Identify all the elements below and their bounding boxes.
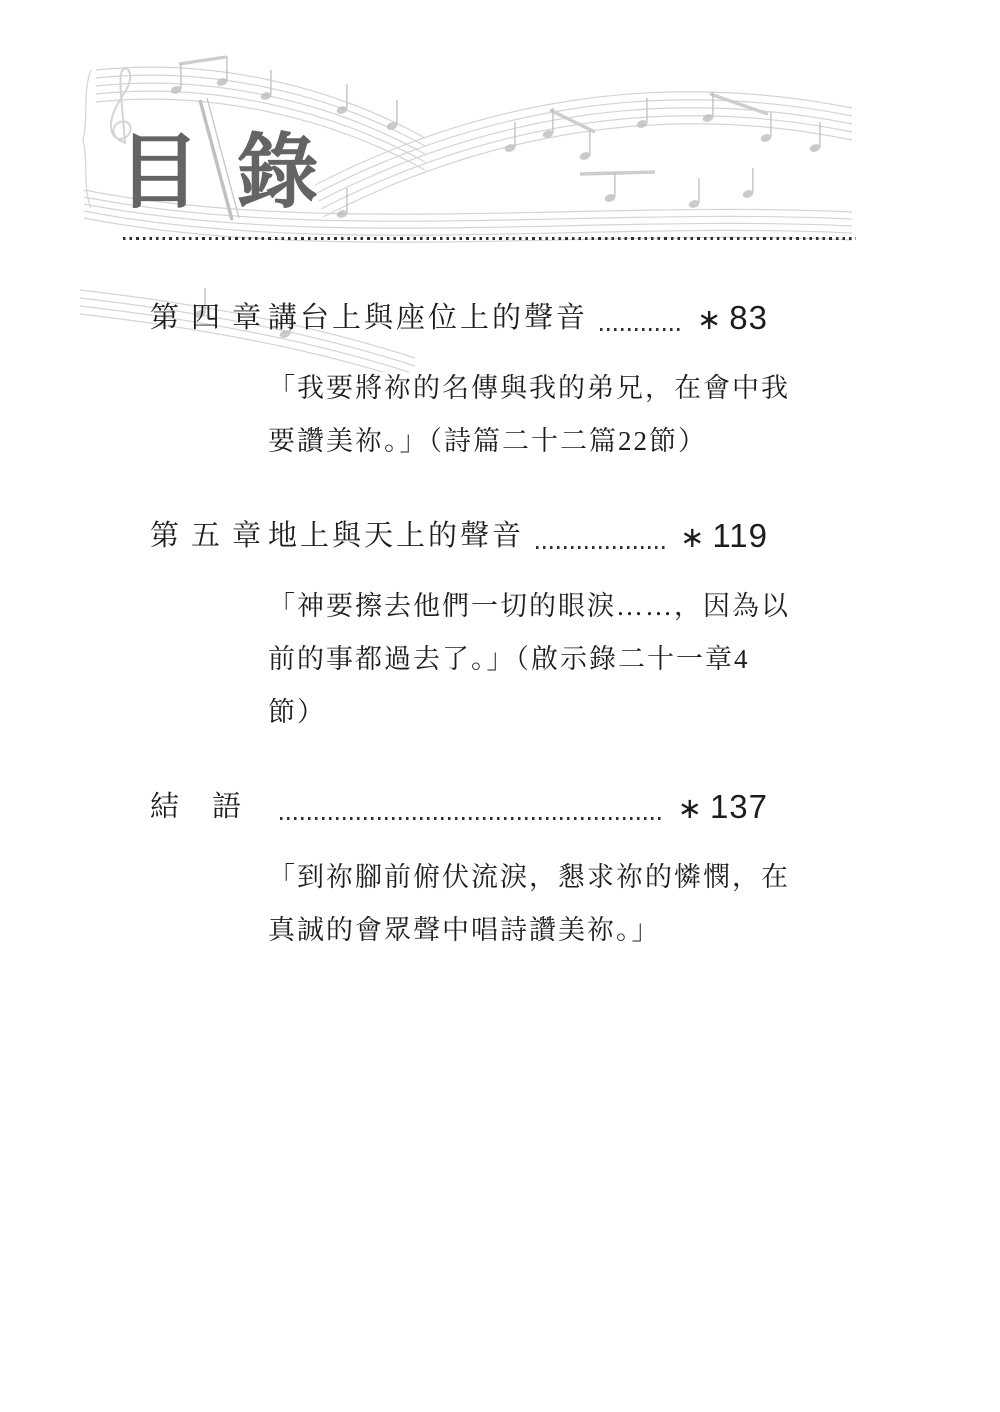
toc-row: 第 四 章 講台上與座位上的聲音 ∗83 bbox=[150, 298, 768, 340]
asterisk-marker: ∗ bbox=[697, 304, 722, 336]
page-number: ∗137 bbox=[678, 787, 768, 829]
chapter-label: 第 五 章 bbox=[150, 516, 268, 558]
chapter-label: 結 語 bbox=[150, 787, 268, 829]
chapter-quote: 「我要將祢的名傳與我的弟兄，在會中我 要讚美祢。」（詩篇二十二篇22節） bbox=[268, 362, 768, 468]
toc-row: 結 語 ∗137 bbox=[150, 787, 768, 829]
dot-leader bbox=[600, 328, 683, 331]
chapter-title: 地上與天上的聲音 bbox=[268, 516, 524, 558]
quote-line: 「神要擦去他們一切的眼淚……，因為以 bbox=[268, 580, 768, 633]
chapter-quote: 「到祢腳前俯伏流淚，懇求祢的憐憫，在 真誠的會眾聲中唱詩讚美祢。」 bbox=[268, 851, 768, 957]
page-number-value: 83 bbox=[729, 299, 768, 336]
chapter-quote: 「神要擦去他們一切的眼淚……，因為以 前的事都過去了。」（啟示錄二十一章4 節） bbox=[268, 580, 768, 739]
page-number: ∗119 bbox=[680, 516, 768, 558]
toc-page: 目 錄 第 四 章 講台上與座位上的聲音 ∗83 「我要將祢的名傳與我的弟兄，在… bbox=[0, 0, 1000, 1412]
page-title: 目 錄 bbox=[118, 128, 327, 218]
page-number: ∗83 bbox=[697, 298, 768, 340]
toc-entry-conclusion: 結 語 ∗137 「到祢腳前俯伏流淚，懇求祢的憐憫，在 真誠的會眾聲中唱詩讚美祢… bbox=[150, 787, 768, 957]
brace-curve bbox=[83, 70, 91, 208]
chapter-title: 講台上與座位上的聲音 bbox=[268, 298, 588, 340]
dotted-separator bbox=[123, 237, 856, 240]
page-number-value: 137 bbox=[710, 788, 768, 825]
toc-entry-chapter-4: 第 四 章 講台上與座位上的聲音 ∗83 「我要將祢的名傳與我的弟兄，在會中我 … bbox=[150, 298, 768, 468]
quote-line: 「我要將祢的名傳與我的弟兄，在會中我 bbox=[268, 362, 768, 415]
page-number-value: 119 bbox=[712, 517, 768, 554]
quote-line: 真誠的會眾聲中唱詩讚美祢。」 bbox=[268, 904, 768, 957]
quote-line: 節） bbox=[268, 686, 768, 739]
dot-leader bbox=[280, 817, 664, 820]
asterisk-marker: ∗ bbox=[680, 522, 705, 554]
dot-leader bbox=[536, 546, 666, 549]
asterisk-marker: ∗ bbox=[678, 793, 703, 825]
quote-line: 要讚美祢。」（詩篇二十二篇22節） bbox=[268, 415, 768, 468]
toc-entry-chapter-5: 第 五 章 地上與天上的聲音 ∗119 「神要擦去他們一切的眼淚……，因為以 前… bbox=[150, 516, 768, 739]
chapter-label: 第 四 章 bbox=[150, 298, 268, 340]
quote-line: 「到祢腳前俯伏流淚，懇求祢的憐憫，在 bbox=[268, 851, 768, 904]
toc-list: 第 四 章 講台上與座位上的聲音 ∗83 「我要將祢的名傳與我的弟兄，在會中我 … bbox=[150, 298, 768, 1005]
page-header: 目 錄 bbox=[0, 0, 1000, 250]
toc-row: 第 五 章 地上與天上的聲音 ∗119 bbox=[150, 516, 768, 558]
quote-line: 前的事都過去了。」（啟示錄二十一章4 bbox=[268, 633, 768, 686]
